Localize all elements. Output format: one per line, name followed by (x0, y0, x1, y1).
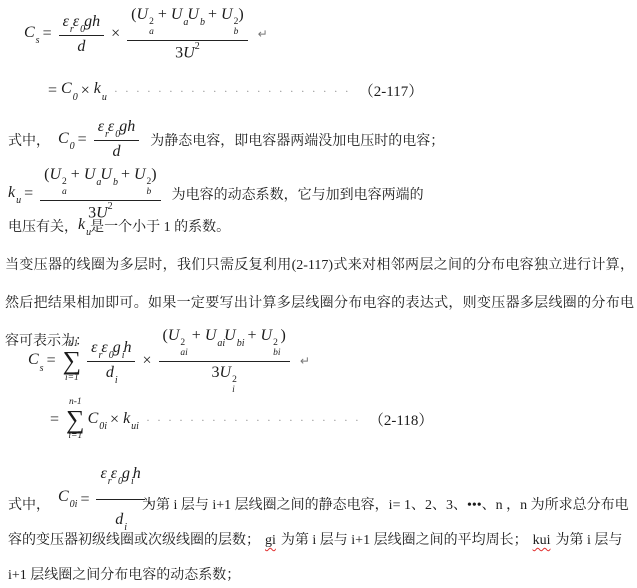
supsub-2-a: 2a (62, 178, 67, 198)
times-sign: × (111, 25, 120, 43)
document-page: Cs = εrε0gh d × (U2a+UaUb+U2b) 3U2 ↵ = C… (0, 0, 637, 588)
ku-description-text: 为电容的动态系数，它与加到电容两端的 (172, 184, 424, 204)
var-C0i: C0i (58, 479, 76, 520)
fraction-numerator: (U2a+UaUb+U2b) (127, 6, 247, 40)
fraction-denominator: 3U2i (159, 361, 290, 396)
c0-description-text: 为静态电容，即电容器两端没加电压时的电容； (150, 130, 444, 150)
sub-s: s (36, 35, 40, 46)
var-C0: C0 (61, 80, 77, 100)
fraction-numerator: εrε0gih (96, 456, 144, 499)
equation-2-117-line1: Cs = εrε0gh d × (U2a+UaUb+U2b) 3U2 ↵ (24, 6, 268, 62)
formula-C0i-row: C0i = εrε0gih di . (58, 456, 152, 543)
var-kui: kui (123, 410, 138, 430)
term-kui-misspelled: kui (533, 533, 551, 548)
equation-2-118-line1: Cs = n-1∑i=1 εrε0gih di × (U2ai+UaiUbi+U… (28, 327, 310, 396)
fraction-numerator: εrε0gh (94, 118, 140, 140)
equals-sign: = (48, 82, 57, 100)
gi-description-text: 为第 i 层与 i+1 层线圈之间的平均周长； (281, 533, 528, 548)
var-Cs: Cs (28, 351, 43, 371)
times-sign: × (110, 411, 119, 429)
summation-symbol: n-1∑i=1 (63, 340, 82, 384)
var-ku: ku (78, 216, 90, 236)
where-clause-c0-line: 式中， C0 = εrε0gh d 为静态电容，即电容器两端没加电压时的电容； (8, 118, 444, 161)
equation-2-118-line2: = n-1∑i=1 C0i × kui · · · · · · · · · · … (46, 398, 433, 442)
times-sign: × (142, 352, 151, 370)
fraction-denominator: di (87, 361, 135, 384)
where-clause-2-118: C0i = εrε0gih di . 式中，为第 i 层与 i+1 层线圈之间的… (8, 488, 634, 588)
term-gi-misspelled: gi (265, 533, 276, 548)
equation-number-2-118: （2-118） (369, 409, 433, 430)
fraction-numerator: (U2a+UaUb+U2b) (40, 166, 160, 200)
text-less-than-one: 是一个小于 1 的系数。 (90, 216, 230, 236)
fraction-eps-gih-over-di: εrε0gih di (96, 456, 144, 543)
fraction-voltage-terms-i: (U2ai+UaiUbi+U2bi) 3U2i (159, 327, 290, 396)
where-lead-text: 式中， (8, 498, 50, 513)
leader-dots: · · · · · · · · · · · · · · · · · · · · … (114, 84, 351, 99)
var-ku: ku (8, 184, 20, 204)
var-C0: C0 (58, 130, 74, 150)
leader-dots: · · · · · · · · · · · · · · · · · · · · (146, 413, 361, 428)
fraction-denominator: di (96, 499, 144, 543)
var-C0i: C0i (88, 410, 106, 430)
where-clause-ku-line: ku = (U2a+UaUb+U2b) 3U2 为电容的动态系数，它与加到电容两… (8, 166, 424, 222)
where-lead-text: 式中， (8, 130, 50, 150)
summation-symbol: n-1∑i=1 (66, 398, 85, 442)
fraction-voltage-terms: (U2a+UaUb+U2b) 3U2 (127, 6, 247, 62)
times-sign: × (81, 82, 90, 100)
formula-C0i: C0i = εrε0gih di . (58, 456, 152, 543)
equals-sign: = (47, 352, 56, 370)
fraction-voltage-terms: (U2a+UaUb+U2b) 3U2 (40, 166, 160, 222)
trailing-period: . (148, 482, 152, 517)
equation-2-117-line2: = C0 × ku · · · · · · · · · · · · · · · … (44, 80, 423, 101)
supsub-2-ai: 2ai (180, 339, 187, 359)
fraction-eps-gh-over-d: εrε0gh d (94, 118, 140, 161)
paragraph-return-mark: ↵ (300, 354, 310, 368)
fraction-numerator: εrε0gh (59, 13, 105, 35)
where-clause-line3: 电压有关， ku 是一个小于 1 的系数。 (8, 216, 230, 236)
supsub-2-a: 2a (149, 18, 154, 38)
fraction-denominator: d (94, 140, 140, 161)
fraction-numerator: εrε0gih (87, 339, 135, 361)
fraction-eps-gih-over-di: εrε0gih di (87, 339, 135, 384)
equals-sign: = (78, 131, 87, 149)
fraction-denominator: d (59, 35, 105, 56)
equals-sign: = (80, 482, 89, 517)
var-Cs: Cs (24, 24, 39, 44)
equals-sign: = (43, 25, 52, 43)
paragraph-return-mark: ↵ (258, 27, 268, 41)
equals-sign: = (24, 185, 33, 203)
text-voltage-related: 电压有关， (8, 216, 78, 236)
var-ku: ku (94, 80, 106, 100)
fraction-numerator: (U2ai+UaiUbi+U2bi) (159, 327, 290, 361)
fraction-eps-gh-over-d: εrε0gh d (59, 13, 105, 56)
fraction-denominator: 3U2 (127, 40, 247, 62)
equation-number-2-117: （2-117） (359, 80, 423, 101)
supsub-2-i: 2i (232, 376, 237, 396)
equals-sign: = (50, 411, 59, 429)
